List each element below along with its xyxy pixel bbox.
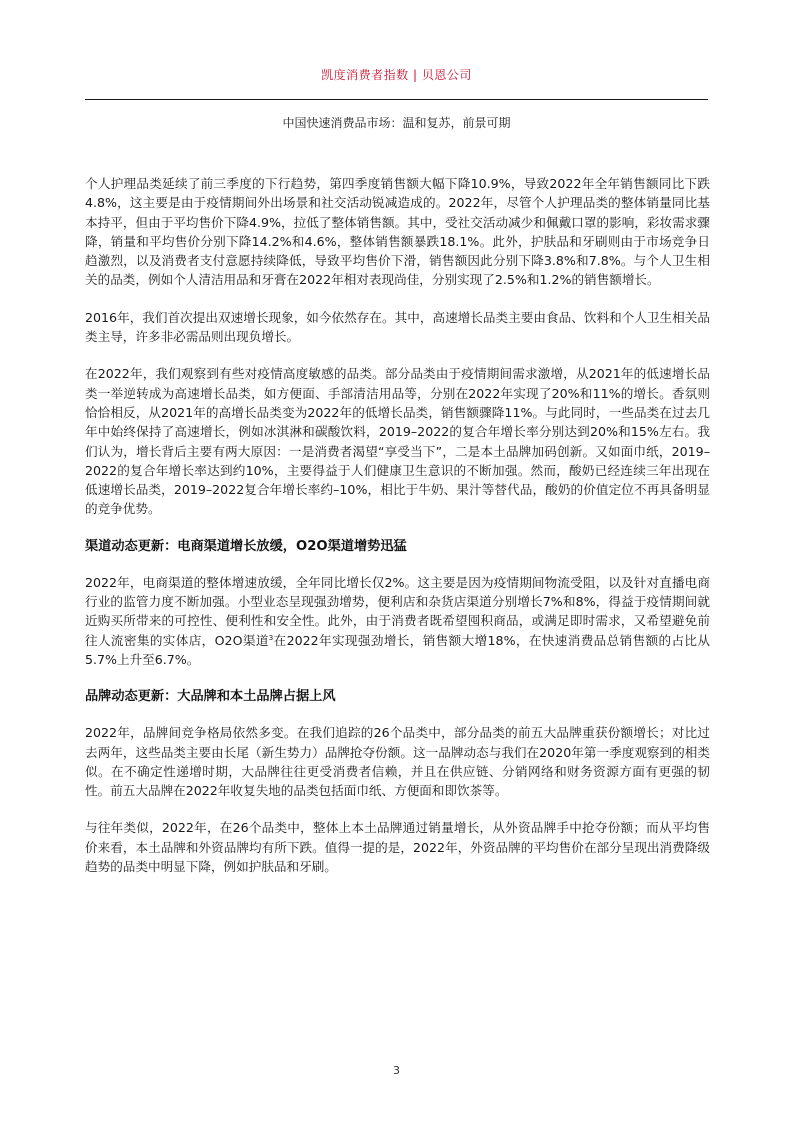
- page-number: 3: [0, 1064, 793, 1077]
- running-header: 凯度消费者指数 | 贝恩公司: [0, 66, 793, 83]
- header-divider: [85, 99, 708, 100]
- section-heading-brand: 品牌动态更新：大品牌和本土品牌占据上风: [85, 687, 710, 707]
- document-body: 个人护理品类延续了前三季度的下行趋势，第四季度销售额大幅下降10.9%，导致20…: [85, 174, 710, 894]
- report-title: 中国快速消费品市场：温和复苏，前景可期: [0, 114, 793, 131]
- paragraph-local-vs-foreign-brands: 与往年类似，2022年，在26个品类中，整体上本土品牌通过销量增长，从外资品牌手…: [85, 818, 710, 876]
- paragraph-brand-competition: 2022年，品牌间竞争格局依然多变。在我们追踪的26个品类中，部分品类的前五大品…: [85, 723, 710, 800]
- paragraph-personal-care: 个人护理品类延续了前三季度的下行趋势，第四季度销售额大幅下降10.9%，导致20…: [85, 174, 710, 290]
- paragraph-pandemic-sensitive-categories: 在2022年，我们观察到有些对疫情高度敏感的品类。部分品类由于疫情期间需求激增，…: [85, 364, 710, 518]
- paragraph-dual-speed-growth: 2016年，我们首次提出双速增长现象，如今依然存在。其中，高速增长品类主要由食品…: [85, 308, 710, 347]
- paragraph-channel-update: 2022年，电商渠道的整体增速放缓，全年同比增长仅2%。这主要是因为疫情期间物流…: [85, 573, 710, 669]
- section-heading-channel: 渠道动态更新：电商渠道增长放缓，O2O渠道增势迅猛: [85, 537, 710, 557]
